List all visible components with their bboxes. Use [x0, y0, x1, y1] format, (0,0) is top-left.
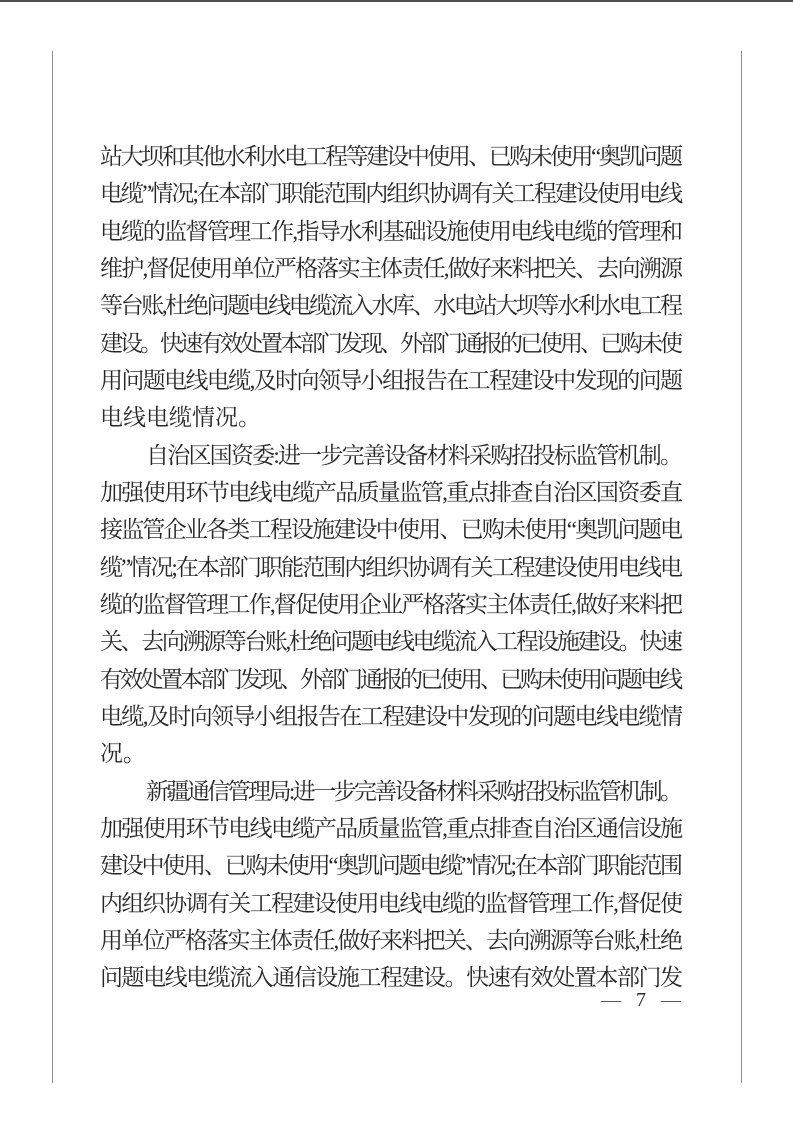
text-line: 加强使用环节电线电缆产品质量监管,重点排查自治区通信设施: [100, 810, 683, 847]
text-line-content: 关、去向溯源等台账,杜绝问题电线电缆流入工程设施建设。快速: [100, 629, 681, 654]
text-line-content: 等台账,杜绝问题电线电缆流入水库、水电站大坝等水利水电工程: [100, 293, 681, 318]
text-line-content: 问题电线电缆流入通信设施工程建设。快速有效处置本部门发: [100, 965, 682, 990]
text-line: 电缆”情况;在本部门职能范围内组织协调有关工程建设使用电线: [100, 175, 683, 212]
document-page: 站大坝和其他水利水电工程等建设中使用、已购未使用“奥凯问题电缆”情况;在本部门职…: [0, 0, 793, 1122]
text-line: 缆”情况;在本部门职能范围内组织协调有关工程建设使用电线电: [100, 549, 683, 586]
text-line: 况。: [100, 735, 683, 772]
text-line-content: 建设中使用、已购未使用“奥凯问题电缆”情况;在本部门职能范围: [100, 853, 681, 878]
text-line-content: 电缆”情况;在本部门职能范围内组织协调有关工程建设使用电线: [100, 181, 681, 206]
page-number: —7—: [100, 988, 683, 1012]
text-line-content: 电缆,及时向领导小组报告在工程建设中发现的问题电线电缆情: [100, 704, 681, 729]
text-line: 有效处置本部门发现、外部门通报的已使用、已购未使用问题电线: [100, 661, 683, 698]
right-margin-rule: [741, 51, 742, 1083]
text-line-content: 内组织协调有关工程建设使用电线电缆的监督管理工作,督促使: [100, 891, 681, 916]
text-line-content: 用单位严格落实主体责任,做好来料把关、去向溯源等台账,杜绝: [100, 928, 681, 953]
text-line-content: 缆的监督管理工作,督促使用企业严格落实主体责任,做好来料把: [100, 592, 681, 617]
text-line: 关、去向溯源等台账,杜绝问题电线电缆流入工程设施建设。快速: [100, 623, 683, 660]
text-line-content: 缆”情况;在本部门职能范围内组织协调有关工程建设使用电线电: [100, 555, 681, 580]
text-line: 电缆的监督管理工作,指导水利基础设施使用电线电缆的管理和: [100, 213, 683, 250]
text-line: 内组织协调有关工程建设使用电线电缆的监督管理工作,督促使: [100, 885, 683, 922]
text-line-content: 建设。快速有效处置本部门发现、外部门通报的已使用、已购未使: [100, 331, 680, 356]
text-line-content: 维护,督促使用单位严格落实主体责任,做好来料把关、去向溯源: [100, 256, 681, 281]
text-line: 新疆通信管理局:进一步完善设备材料采购招投标监管机制。: [100, 773, 683, 810]
page-number-dash-left: —: [601, 989, 621, 1011]
text-line: 加强使用环节电线电缆产品质量监管,重点排查自治区国资委直: [100, 474, 683, 511]
text-line-content: 接监管企业各类工程设施建设中使用、已购未使用“奥凯问题电: [100, 517, 681, 542]
text-line: 等台账,杜绝问题电线电缆流入水库、水电站大坝等水利水电工程: [100, 287, 683, 324]
left-margin-rule: [52, 51, 53, 1083]
text-line: 缆的监督管理工作,督促使用企业严格落实主体责任,做好来料把: [100, 586, 683, 623]
text-line-content: 加强使用环节电线电缆产品质量监管,重点排查自治区国资委直: [100, 480, 681, 505]
text-line: 用问题电线电缆,及时向领导小组报告在工程建设中发现的问题: [100, 362, 683, 399]
text-line: 自治区国资委:进一步完善设备材料采购招投标监管机制。: [100, 437, 683, 474]
page-number-dash-right: —: [661, 989, 681, 1011]
page-top-edge-line: [0, 0, 793, 2]
text-line: 站大坝和其他水利水电工程等建设中使用、已购未使用“奥凯问题: [100, 138, 683, 175]
text-line: 建设。快速有效处置本部门发现、外部门通报的已使用、已购未使: [100, 325, 683, 362]
text-line-content: 用问题电线电缆,及时向领导小组报告在工程建设中发现的问题: [100, 368, 681, 393]
text-line: 接监管企业各类工程设施建设中使用、已购未使用“奥凯问题电: [100, 511, 683, 548]
text-line-content: 电线电缆情况。: [100, 405, 261, 430]
text-line-content: 站大坝和其他水利水电工程等建设中使用、已购未使用“奥凯问题: [100, 144, 680, 169]
text-line: 维护,督促使用单位严格落实主体责任,做好来料把关、去向溯源: [100, 250, 683, 287]
text-line: 建设中使用、已购未使用“奥凯问题电缆”情况;在本部门职能范围: [100, 847, 683, 884]
text-line-content: 电缆的监督管理工作,指导水利基础设施使用电线电缆的管理和: [100, 219, 681, 244]
text-line: 电缆,及时向领导小组报告在工程建设中发现的问题电线电缆情: [100, 698, 683, 735]
text-line-content: 加强使用环节电线电缆产品质量监管,重点排查自治区通信设施: [100, 816, 681, 841]
page-number-value: 7: [636, 989, 646, 1011]
text-line: 电线电缆情况。: [100, 399, 683, 436]
text-line-content: 自治区国资委:进一步完善设备材料采购招投标监管机制。: [146, 443, 681, 468]
text-line-content: 新疆通信管理局:进一步完善设备材料采购招投标监管机制。: [146, 779, 680, 804]
document-body: 站大坝和其他水利水电工程等建设中使用、已购未使用“奥凯问题电缆”情况;在本部门职…: [100, 138, 683, 997]
text-line-content: 况。: [100, 741, 146, 766]
text-line: 用单位严格落实主体责任,做好来料把关、去向溯源等台账,杜绝: [100, 922, 683, 959]
text-line-content: 有效处置本部门发现、外部门通报的已使用、已购未使用问题电线: [100, 667, 680, 692]
